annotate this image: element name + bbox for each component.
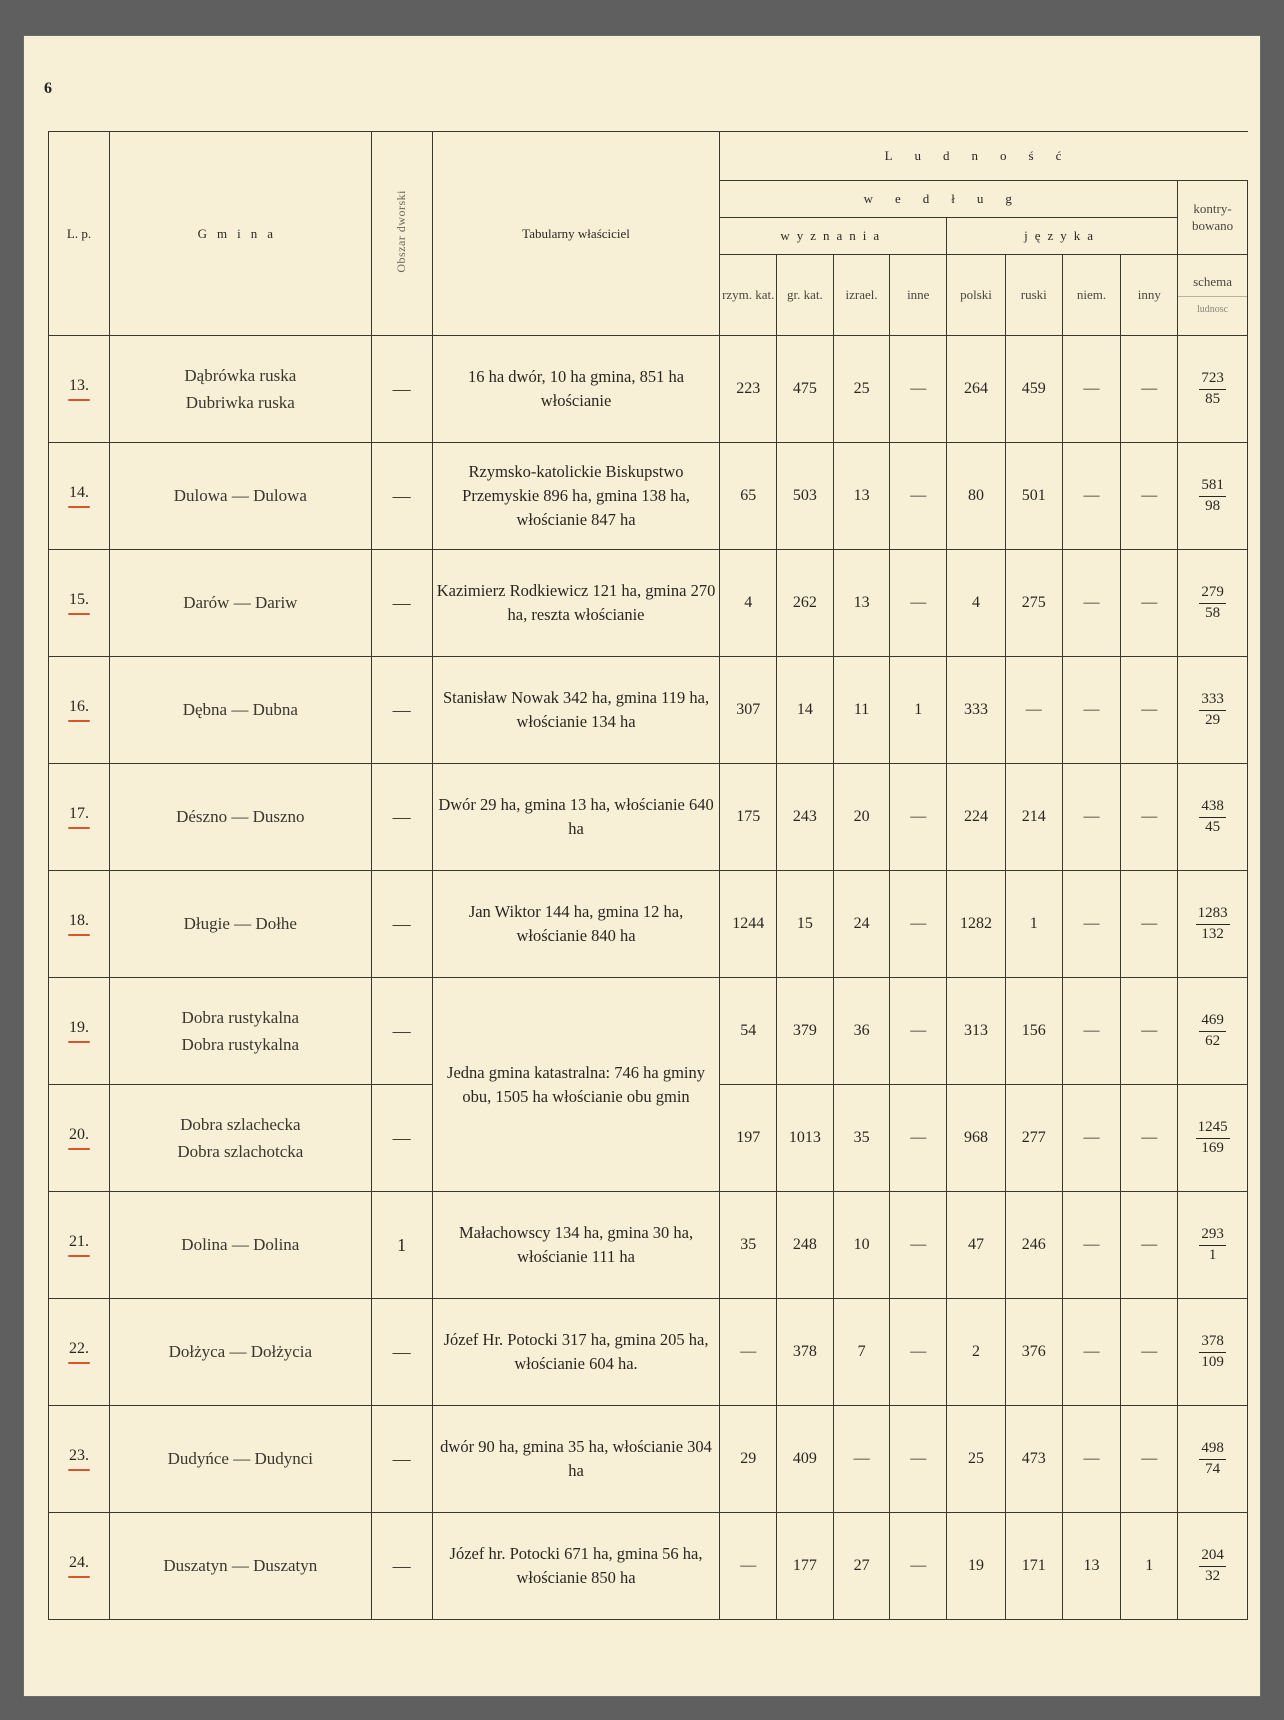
obszar-dworski-value: — (371, 1085, 432, 1192)
pencil-underline (68, 1362, 90, 1364)
row-number: 23. (69, 1447, 89, 1464)
niem-value: — (1062, 871, 1121, 978)
rzym-kat-value: 307 (720, 657, 777, 764)
kontrolowano-cell: 72385 (1178, 336, 1248, 443)
niem-value: — (1062, 550, 1121, 657)
gr-kat-value: 248 (777, 1192, 834, 1299)
header-ludnosc-small: ludnosc (1178, 296, 1247, 316)
obszar-dworski-value: — (371, 1513, 432, 1620)
header-inny: inny (1121, 255, 1178, 336)
fraction-bottom: 62 (1199, 1032, 1226, 1050)
fraction: 33329 (1199, 691, 1226, 729)
ruski-value: 275 (1005, 550, 1062, 657)
header-niem: niem. (1062, 255, 1121, 336)
fraction-bottom: 29 (1199, 711, 1226, 729)
kontrolowano-cell: 46962 (1178, 978, 1248, 1085)
row-number-cell: 17. (49, 764, 110, 871)
header-tabularny-wlasciciel: Tabularny właściciel (432, 132, 720, 336)
kontrolowano-cell: 49874 (1178, 1406, 1248, 1513)
inny-value: — (1121, 1406, 1178, 1513)
inne-value: — (890, 1299, 947, 1406)
polski-value: 968 (947, 1085, 1006, 1192)
inne-value: — (890, 1192, 947, 1299)
row-number: 16. (69, 698, 89, 715)
gmina-name-ua: Dobra szlachotcka (110, 1138, 371, 1165)
row-number: 20. (69, 1126, 89, 1143)
fraction-bottom: 58 (1199, 604, 1226, 622)
pencil-underline (68, 506, 90, 508)
ruski-value: 473 (1005, 1406, 1062, 1513)
inne-value: 1 (890, 657, 947, 764)
fraction: 378109 (1199, 1333, 1226, 1371)
kontrolowano-cell: 27958 (1178, 550, 1248, 657)
header-gmina: Gmina (110, 132, 372, 336)
header-izrael: izrael. (833, 255, 890, 336)
document-page: 6 L. p. Gmina Obszar dworski Tabularny w… (24, 36, 1260, 1696)
header-ruski: ruski (1005, 255, 1062, 336)
inny-value: — (1121, 1192, 1178, 1299)
table-row: 17. Dészno — Duszno — Dwór 29 ha, gmina … (49, 764, 1248, 871)
header-wyznania: wyznania (720, 218, 947, 255)
inny-value: — (1121, 978, 1178, 1085)
row-number: 17. (69, 805, 89, 822)
fraction-bottom: 32 (1199, 1567, 1226, 1585)
kontrolowano-cell: 33329 (1178, 657, 1248, 764)
gmina-name-pl: Dészno — Duszno (110, 803, 371, 830)
polski-value: 47 (947, 1192, 1006, 1299)
inne-value: — (890, 1513, 947, 1620)
fraction-bottom: 1 (1199, 1246, 1226, 1264)
fraction-bottom: 74 (1199, 1460, 1226, 1478)
inny-value: — (1121, 871, 1178, 978)
inne-value: — (890, 336, 947, 443)
fraction: 58198 (1199, 477, 1226, 515)
izrael-value: 11 (833, 657, 890, 764)
fraction: 72385 (1199, 370, 1226, 408)
fraction: 27958 (1199, 584, 1226, 622)
header-gr-kat: gr. kat. (777, 255, 834, 336)
fraction: 43845 (1199, 798, 1226, 836)
gmina-name-cell: Dészno — Duszno (110, 764, 372, 871)
rzym-kat-value: — (720, 1513, 777, 1620)
polski-value: 4 (947, 550, 1006, 657)
header-lp: L. p. (49, 132, 110, 336)
header-kontr-sub: schemaludnosc (1178, 255, 1248, 336)
header-wedlug: według (720, 181, 1178, 218)
izrael-value: 20 (833, 764, 890, 871)
inny-value: — (1121, 443, 1178, 550)
obszar-dworski-value: 1 (371, 1192, 432, 1299)
obszar-dworski-value: — (371, 871, 432, 978)
inny-value: — (1121, 550, 1178, 657)
pencil-underline (68, 934, 90, 936)
gr-kat-value: 379 (777, 978, 834, 1085)
gmina-name-pl: Dąbrówka ruska (110, 362, 371, 389)
inny-value: — (1121, 336, 1178, 443)
polski-value: 25 (947, 1406, 1006, 1513)
niem-value: — (1062, 1299, 1121, 1406)
gr-kat-value: 378 (777, 1299, 834, 1406)
row-number: 15. (69, 591, 89, 608)
polski-value: 333 (947, 657, 1006, 764)
rzym-kat-value: 4 (720, 550, 777, 657)
fraction-top: 581 (1199, 477, 1226, 496)
polski-value: 224 (947, 764, 1006, 871)
polski-value: 80 (947, 443, 1006, 550)
kontrolowano-cell: 58198 (1178, 443, 1248, 550)
gr-kat-value: 14 (777, 657, 834, 764)
fraction: 49874 (1199, 1440, 1226, 1478)
ruski-value: — (1005, 657, 1062, 764)
row-number-cell: 22. (49, 1299, 110, 1406)
table-row: 15. Darów — Dariw — Kazimierz Rodkiewicz… (49, 550, 1248, 657)
gmina-name-pl: Dolina — Dolina (110, 1231, 371, 1258)
owner-cell: Józef hr. Potocki 671 ha, gmina 56 ha, w… (432, 1513, 720, 1620)
owner-cell: Kazimierz Rodkiewicz 121 ha, gmina 270 h… (432, 550, 720, 657)
table-row: 14. Dulowa — Dulowa — Rzymsko-katolickie… (49, 443, 1248, 550)
table-row: 24. Duszatyn — Duszatyn — Józef hr. Poto… (49, 1513, 1248, 1620)
izrael-value: 27 (833, 1513, 890, 1620)
rzym-kat-value: 1244 (720, 871, 777, 978)
pencil-underline (68, 399, 90, 401)
izrael-value: 13 (833, 443, 890, 550)
header-obszar-label: Obszar dworski (394, 190, 409, 273)
kontrolowano-cell: 43845 (1178, 764, 1248, 871)
obszar-dworski-value: — (371, 657, 432, 764)
pencil-underline (68, 1255, 90, 1257)
gmina-name-cell: Dołżyca — Dołżycia (110, 1299, 372, 1406)
owner-cell: Stanisław Nowak 342 ha, gmina 119 ha, wł… (432, 657, 720, 764)
obszar-dworski-value: — (371, 336, 432, 443)
niem-value: — (1062, 1192, 1121, 1299)
rzym-kat-value: 29 (720, 1406, 777, 1513)
inny-value: — (1121, 1085, 1178, 1192)
kontrolowano-cell: 1283132 (1178, 871, 1248, 978)
gmina-name-cell: Dobra rustykalnaDobra rustykalna (110, 978, 372, 1085)
fraction-top: 293 (1199, 1226, 1226, 1245)
fraction: 1245169 (1196, 1119, 1230, 1157)
gmina-name-cell: Dolina — Dolina (110, 1192, 372, 1299)
gmina-name-cell: Dębna — Dubna (110, 657, 372, 764)
inny-value: — (1121, 764, 1178, 871)
owner-cell: Dwór 29 ha, gmina 13 ha, włościanie 640 … (432, 764, 720, 871)
row-number-cell: 19. (49, 978, 110, 1085)
fraction-top: 378 (1199, 1333, 1226, 1352)
fraction: 1283132 (1196, 905, 1230, 943)
gmina-name-cell: Dobra szlacheckaDobra szlachotcka (110, 1085, 372, 1192)
population-table: L. p. Gmina Obszar dworski Tabularny wła… (48, 131, 1248, 1620)
gr-kat-value: 475 (777, 336, 834, 443)
row-number-cell: 21. (49, 1192, 110, 1299)
izrael-value: 35 (833, 1085, 890, 1192)
rzym-kat-value: 175 (720, 764, 777, 871)
izrael-value: 10 (833, 1192, 890, 1299)
rzym-kat-value: — (720, 1299, 777, 1406)
table-row: 21. Dolina — Dolina 1 Małachowscy 134 ha… (49, 1192, 1248, 1299)
table-row: 19. Dobra rustykalnaDobra rustykalna — J… (49, 978, 1248, 1085)
fraction: 46962 (1199, 1012, 1226, 1050)
owner-cell: 16 ha dwór, 10 ha gmina, 851 ha włościan… (432, 336, 720, 443)
gr-kat-value: 409 (777, 1406, 834, 1513)
inny-value: 1 (1121, 1513, 1178, 1620)
owner-cell: Małachowscy 134 ha, gmina 30 ha, włościa… (432, 1192, 720, 1299)
niem-value: 13 (1062, 1513, 1121, 1620)
header-inne: inne (890, 255, 947, 336)
fraction-top: 279 (1199, 584, 1226, 603)
izrael-value: 13 (833, 550, 890, 657)
owner-cell: Jedna gmina katastralna: 746 ha gminy ob… (432, 978, 720, 1192)
gmina-name-pl: Dobra rustykalna (110, 1004, 371, 1031)
inne-value: — (890, 550, 947, 657)
row-number: 21. (69, 1233, 89, 1250)
ruski-value: 277 (1005, 1085, 1062, 1192)
row-number-cell: 14. (49, 443, 110, 550)
fraction-top: 723 (1199, 370, 1226, 389)
kontrolowano-cell: 1245169 (1178, 1085, 1248, 1192)
niem-value: — (1062, 978, 1121, 1085)
polski-value: 264 (947, 336, 1006, 443)
inne-value: — (890, 443, 947, 550)
ruski-value: 1 (1005, 871, 1062, 978)
pencil-underline (68, 827, 90, 829)
header-kontrolowano: kontry-bowano (1178, 181, 1248, 255)
table-row: 13. Dąbrówka ruskaDubriwka ruska — 16 ha… (49, 336, 1248, 443)
row-number-cell: 16. (49, 657, 110, 764)
gmina-name-pl: Dudyńce — Dudynci (110, 1445, 371, 1472)
fraction-bottom: 169 (1196, 1139, 1230, 1157)
fraction: 20432 (1199, 1547, 1226, 1585)
inny-value: — (1121, 1299, 1178, 1406)
fraction-bottom: 109 (1199, 1353, 1226, 1371)
obszar-dworski-value: — (371, 1299, 432, 1406)
obszar-dworski-value: — (371, 978, 432, 1085)
header-rzym-kat: rzym. kat. (720, 255, 777, 336)
row-number-cell: 13. (49, 336, 110, 443)
table-row: 16. Dębna — Dubna — Stanisław Nowak 342 … (49, 657, 1248, 764)
ruski-value: 459 (1005, 336, 1062, 443)
pencil-underline (68, 1576, 90, 1578)
gmina-name-pl: Długie — Dołhe (110, 910, 371, 937)
izrael-value: 7 (833, 1299, 890, 1406)
niem-value: — (1062, 1406, 1121, 1513)
obszar-dworski-value: — (371, 550, 432, 657)
owner-cell: Jan Wiktor 144 ha, gmina 12 ha, włościan… (432, 871, 720, 978)
inne-value: — (890, 978, 947, 1085)
row-number: 14. (69, 484, 89, 501)
ruski-value: 171 (1005, 1513, 1062, 1620)
gmina-name-pl: Dulowa — Dulowa (110, 482, 371, 509)
izrael-value: 36 (833, 978, 890, 1085)
inne-value: — (890, 1085, 947, 1192)
fraction-top: 333 (1199, 691, 1226, 710)
gmina-name-cell: Darów — Dariw (110, 550, 372, 657)
row-number-cell: 20. (49, 1085, 110, 1192)
polski-value: 2 (947, 1299, 1006, 1406)
header-polski: polski (947, 255, 1006, 336)
gmina-name-pl: Darów — Dariw (110, 589, 371, 616)
row-number: 18. (69, 912, 89, 929)
table-row: 23. Dudyńce — Dudynci — dwór 90 ha, gmin… (49, 1406, 1248, 1513)
fraction-top: 469 (1199, 1012, 1226, 1031)
rzym-kat-value: 197 (720, 1085, 777, 1192)
pencil-underline (68, 720, 90, 722)
row-number-cell: 23. (49, 1406, 110, 1513)
fraction-top: 204 (1199, 1547, 1226, 1566)
gr-kat-value: 177 (777, 1513, 834, 1620)
gr-kat-value: 1013 (777, 1085, 834, 1192)
rzym-kat-value: 223 (720, 336, 777, 443)
pencil-underline (68, 1148, 90, 1150)
ruski-value: 246 (1005, 1192, 1062, 1299)
inny-value: — (1121, 657, 1178, 764)
fraction-top: 1283 (1196, 905, 1230, 924)
gmina-name-cell: Duszatyn — Duszatyn (110, 1513, 372, 1620)
owner-cell: dwór 90 ha, gmina 35 ha, włościanie 304 … (432, 1406, 720, 1513)
row-number: 19. (69, 1019, 89, 1036)
rzym-kat-value: 35 (720, 1192, 777, 1299)
ruski-value: 376 (1005, 1299, 1062, 1406)
inne-value: — (890, 871, 947, 978)
kontrolowano-cell: 378109 (1178, 1299, 1248, 1406)
gr-kat-value: 503 (777, 443, 834, 550)
obszar-dworski-value: — (371, 443, 432, 550)
gmina-name-cell: Długie — Dołhe (110, 871, 372, 978)
niem-value: — (1062, 657, 1121, 764)
ruski-value: 501 (1005, 443, 1062, 550)
kontrolowano-cell: 20432 (1178, 1513, 1248, 1620)
fraction-top: 1245 (1196, 1119, 1230, 1138)
gr-kat-value: 15 (777, 871, 834, 978)
row-number: 24. (69, 1554, 89, 1571)
row-number: 13. (69, 377, 89, 394)
gmina-name-pl: Dołżyca — Dołżycia (110, 1338, 371, 1365)
ruski-value: 214 (1005, 764, 1062, 871)
inne-value: — (890, 1406, 947, 1513)
inne-value: — (890, 764, 947, 871)
obszar-dworski-value: — (371, 1406, 432, 1513)
header-jezyka: języka (947, 218, 1178, 255)
polski-value: 313 (947, 978, 1006, 1085)
table-row: 18. Długie — Dołhe — Jan Wiktor 144 ha, … (49, 871, 1248, 978)
fraction-bottom: 85 (1199, 390, 1226, 408)
table-row: 22. Dołżyca — Dołżycia — Józef Hr. Potoc… (49, 1299, 1248, 1406)
gmina-name-pl: Dobra szlachecka (110, 1111, 371, 1138)
gr-kat-value: 243 (777, 764, 834, 871)
rzym-kat-value: 65 (720, 443, 777, 550)
fraction-bottom: 45 (1199, 818, 1226, 836)
izrael-value: 24 (833, 871, 890, 978)
fraction-top: 498 (1199, 1440, 1226, 1459)
gmina-name-cell: Dulowa — Dulowa (110, 443, 372, 550)
gmina-name-pl: Dębna — Dubna (110, 696, 371, 723)
fraction: 2931 (1199, 1226, 1226, 1264)
row-number-cell: 15. (49, 550, 110, 657)
ruski-value: 156 (1005, 978, 1062, 1085)
header-ludnosc: Ludność (720, 132, 1248, 181)
gmina-name-cell: Dudyńce — Dudynci (110, 1406, 372, 1513)
pencil-underline (68, 1041, 90, 1043)
fraction-bottom: 132 (1196, 925, 1230, 943)
niem-value: — (1062, 443, 1121, 550)
header-obszar-dworski: Obszar dworski (371, 132, 432, 336)
izrael-value: 25 (833, 336, 890, 443)
row-number-cell: 24. (49, 1513, 110, 1620)
gmina-name-ua: Dobra rustykalna (110, 1031, 371, 1058)
niem-value: — (1062, 1085, 1121, 1192)
fraction-top: 438 (1199, 798, 1226, 817)
owner-cell: Rzymsko-katolickie Biskupstwo Przemyskie… (432, 443, 720, 550)
gmina-name-cell: Dąbrówka ruskaDubriwka ruska (110, 336, 372, 443)
rzym-kat-value: 54 (720, 978, 777, 1085)
pencil-underline (68, 613, 90, 615)
owner-cell: Józef Hr. Potocki 317 ha, gmina 205 ha, … (432, 1299, 720, 1406)
pencil-underline (68, 1469, 90, 1471)
niem-value: — (1062, 764, 1121, 871)
page-number: 6 (44, 80, 52, 98)
izrael-value: — (833, 1406, 890, 1513)
header-schema: schema (1193, 274, 1232, 289)
polski-value: 19 (947, 1513, 1006, 1620)
fraction-bottom: 98 (1199, 497, 1226, 515)
gmina-name-ua: Dubriwka ruska (110, 389, 371, 416)
obszar-dworski-value: — (371, 764, 432, 871)
row-number-cell: 18. (49, 871, 110, 978)
row-number: 22. (69, 1340, 89, 1357)
kontrolowano-cell: 2931 (1178, 1192, 1248, 1299)
polski-value: 1282 (947, 871, 1006, 978)
gr-kat-value: 262 (777, 550, 834, 657)
niem-value: — (1062, 336, 1121, 443)
gmina-name-pl: Duszatyn — Duszatyn (110, 1552, 371, 1579)
